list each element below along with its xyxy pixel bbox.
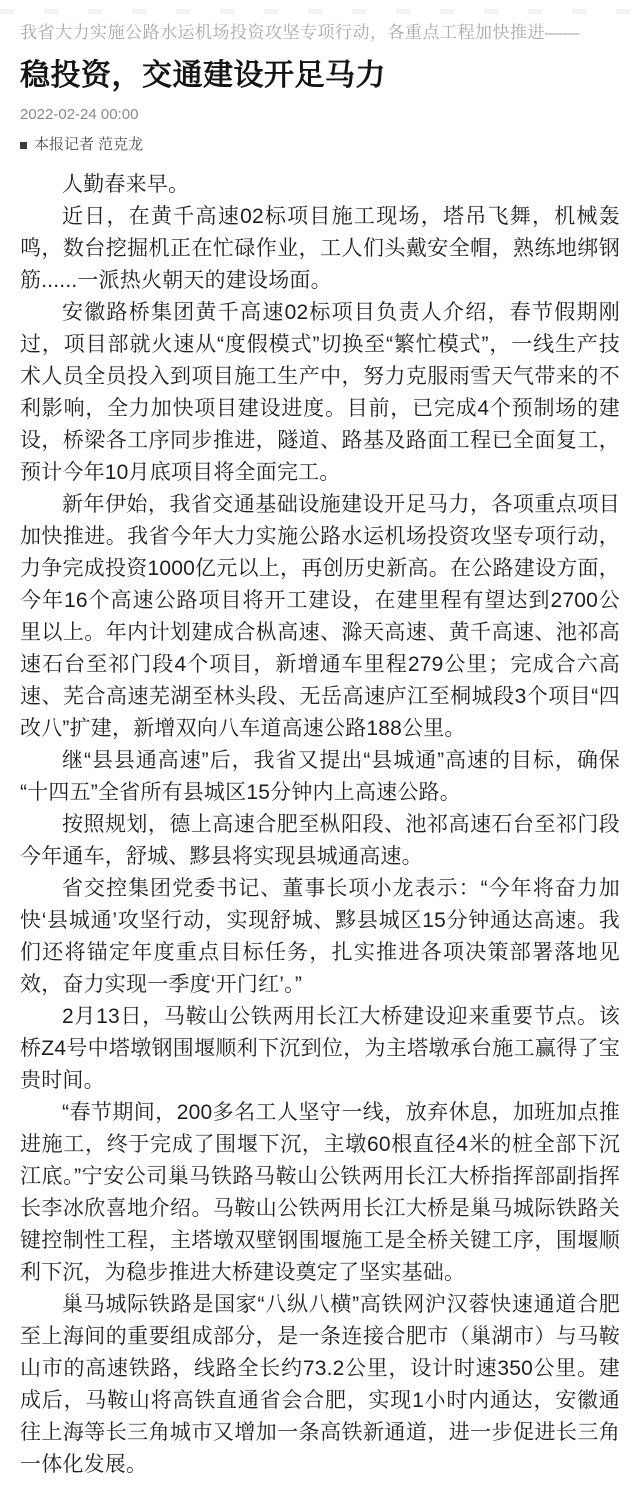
article-superhead: 我省大力实施公路水运机场投资攻坚专项行动，各重点工程加快推进—— <box>20 20 620 46</box>
article-page: 我省大力实施公路水运机场投资攻坚专项行动，各重点工程加快推进—— 稳投资，交通建… <box>0 0 640 1496</box>
byline-text: 本报记者 范克龙 <box>34 135 143 155</box>
square-bullet-icon <box>20 142 27 149</box>
article-paragraph: 2月13日，马鞍山公铁两用长江大桥建设迎来重要节点。该桥Z4号中塔墩钢围堰顺利下… <box>20 1001 620 1097</box>
article-paragraph: 近日，在黄千高速02标项目施工现场，塔吊飞舞，机械轰鸣，数台挖掘机正在忙碌作业，… <box>20 201 620 297</box>
article-paragraph: 人勤春来早。 <box>20 169 620 201</box>
article-paragraph: 继“县县通高速”后，我省又提出“县城通”高速的目标，确保“十四五”全省所有县城区… <box>20 745 620 809</box>
article-paragraph: 省交控集团党委书记、董事长项小龙表示：“今年将奋力加快‘县城通’攻坚行动，实现舒… <box>20 873 620 1001</box>
article-paragraph: 巢马城际铁路是国家“八纵八横”高铁网沪汉蓉快速通道合肥至上海间的重要组成部分，是… <box>20 1289 620 1481</box>
publish-date: 2022-02-24 00:00 <box>20 105 620 125</box>
top-divider <box>0 9 640 14</box>
article-paragraph: 按照规划，德上高速合肥至枞阳段、池祁高速石台至祁门段今年通车，舒城、黟县将实现县… <box>20 809 620 873</box>
article-paragraph: “春节期间，200多名工人坚守一线，放弃休息，加班加点推进施工，终于完成了围堰下… <box>20 1097 620 1289</box>
page-title: 稳投资，交通建设开足马力 <box>20 56 620 96</box>
byline: 本报记者 范克龙 <box>20 135 620 155</box>
article-paragraph: 安徽路桥集团黄千高速02标项目负责人介绍，春节假期刚过，项目部就火速从“度假模式… <box>20 297 620 489</box>
article-body: 人勤春来早。 近日，在黄千高速02标项目施工现场，塔吊飞舞，机械轰鸣，数台挖掘机… <box>20 169 620 1481</box>
article-paragraph: 新年伊始，我省交通基础设施建设开足马力，各项重点项目加快推进。我省今年大力实施公… <box>20 489 620 745</box>
